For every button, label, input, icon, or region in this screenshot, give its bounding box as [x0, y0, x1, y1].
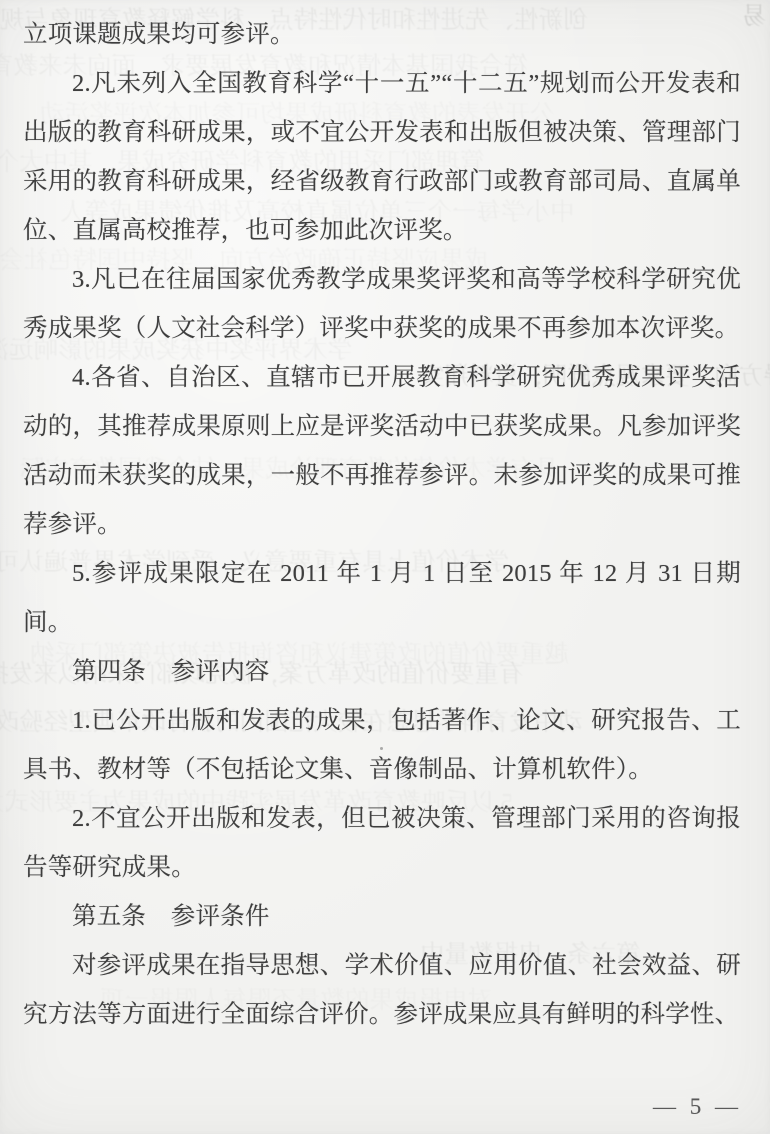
- paragraph-article4-item-2: 2.不宜公开出版和发表，但已被决策、管理部门采用的咨询报告等研究成果。: [23, 794, 741, 892]
- scanned-document-page: 创新性、先进性和时代性特点，科学解释教育现象与规律 符合我国基本情况和教育发展要…: [0, 0, 770, 1134]
- paragraph-item-3: 3.凡已在往届国家优秀教学成果奖评奖和高等学校科学研究优秀成果奖（人文社会科学）…: [23, 255, 741, 353]
- heading-article-4: 第四条 参评内容: [23, 647, 741, 696]
- paragraph-item-2: 2.凡未列入全国教育科学“十一五”“十二五”规划而公开发表和出版的教育科研成果，…: [23, 59, 741, 255]
- paragraph-article4-item-1: 1.已公开出版和发表的成果，包括著作、论文、研究报告、工具书、教材等（不包括论文…: [23, 696, 741, 794]
- document-body: 立项课题成果均可参评。 2.凡未列入全国教育科学“十一五”“十二五”规划而公开发…: [23, 10, 741, 1039]
- bleed-through-text: 易: [742, 2, 767, 32]
- paragraph-continuation: 立项课题成果均可参评。: [23, 10, 741, 59]
- paragraph-item-4: 4.各省、自治区、直辖市已开展教育科学研究优秀成果评奖活动的，其推荐成果原则上应…: [23, 353, 741, 549]
- heading-article-5: 第五条 参评条件: [23, 892, 741, 941]
- page-number: — 5 —: [653, 1094, 742, 1120]
- paragraph-item-5: 5.参评成果限定在 2011 年 1 月 1 日至 2015 年 12 月 31…: [23, 549, 741, 647]
- paragraph-article5-body: 对参评成果在指导思想、学术价值、应用价值、社会效益、研究方法等方面进行全面综合评…: [23, 941, 741, 1039]
